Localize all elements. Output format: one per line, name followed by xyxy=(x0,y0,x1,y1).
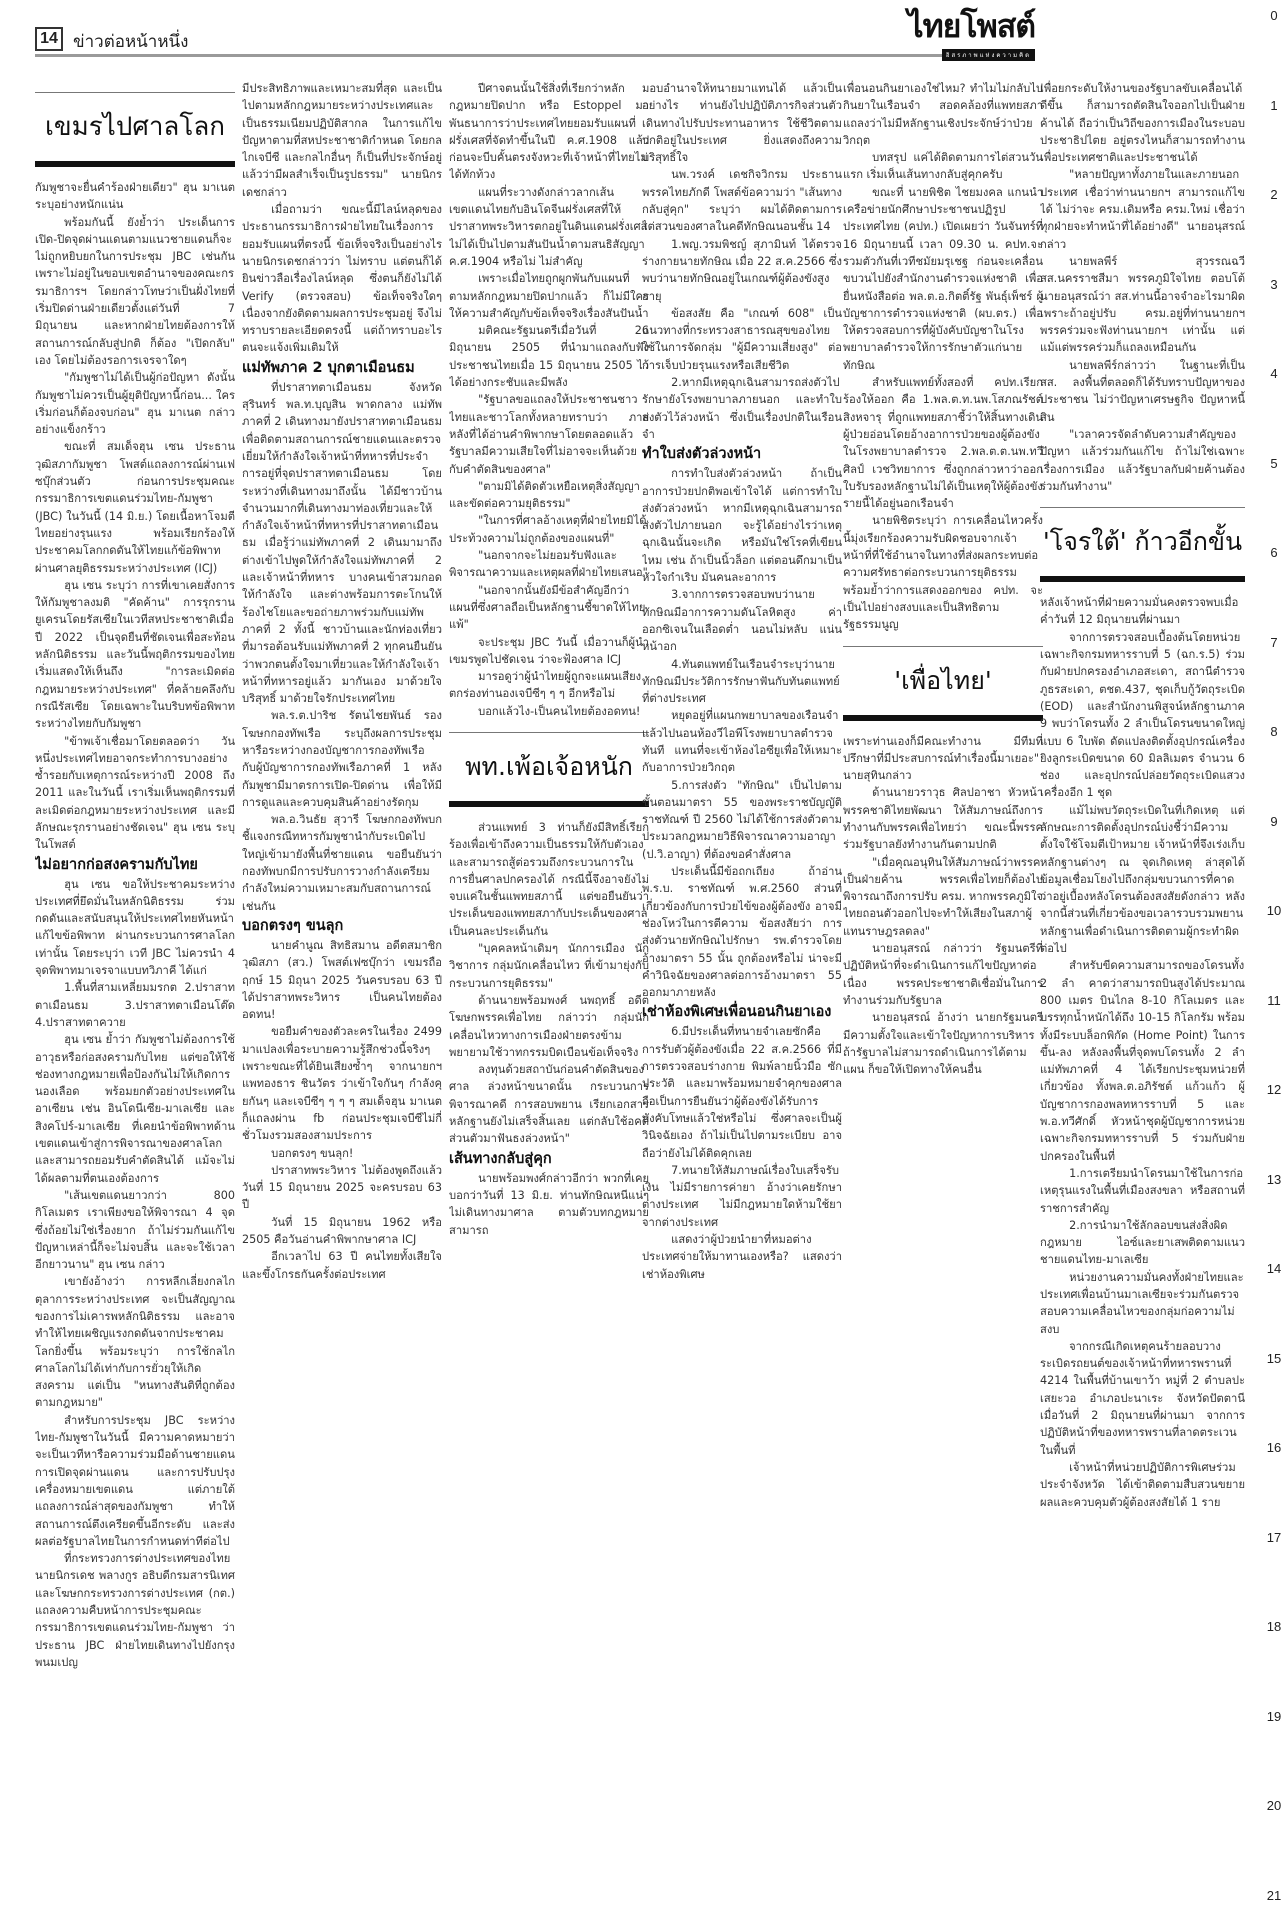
paragraph: นายอนุสรณ์ อ้างว่า นายกรัฐมนตรีมีความตั้… xyxy=(843,1009,1043,1078)
margin-number: 2 xyxy=(1262,187,1286,202)
paragraph: บอกแล้วไง-เป็นคนไทยต้องอดทน! xyxy=(449,703,649,720)
paragraph: "นอกจากจะไม่ยอมรับฟังและพิจารณาความและเห… xyxy=(449,547,649,582)
paragraph: 3.จากการตรวจสอบพบว่านายทักษิณมีอาการความ… xyxy=(642,586,842,655)
paragraph: เพื่อยกระดับให้งานของรัฐบาลขับเคลื่อนได้… xyxy=(1040,80,1245,166)
paragraph: นายพร้อมพงศ์กล่าวอีกว่า พวกที่เคยบอกว่าว… xyxy=(449,1170,649,1239)
margin-number: 10 xyxy=(1262,903,1286,918)
paragraph: ประเด็นนี้มีข้อถกเถียง ถ้าอ่าน พ.ร.บ. รา… xyxy=(642,863,842,1001)
paragraph: หลังเจ้าหน้าที่ฝ่ายความมั่นคงตรวจพบเมื่อ… xyxy=(1040,594,1245,629)
paragraph: นายพลพีร์ สุวรรณฉวี สส.นครราชสีมา พรรคภู… xyxy=(1040,253,1245,357)
margin-number: 5 xyxy=(1262,456,1286,471)
paragraph: ขณะที่ สมเด็จฮุน เซน ประธานวุฒิสภากัมพูช… xyxy=(35,438,235,576)
margin-number: 21 xyxy=(1262,1888,1286,1903)
paragraph: วันที่ 15 มิถุนายน 1962 หรือ 2505 คือวัน… xyxy=(242,1214,442,1249)
paragraph: มติคณะรัฐมนตรีเมื่อวันที่ 26 มิถุนายน 25… xyxy=(449,322,649,391)
paragraph: การทำใบส่งตัวล่วงหน้า ถ้าเป็นอาการป่วยปก… xyxy=(642,465,842,586)
subheading: บอกตรงๆ ขนลุก xyxy=(242,916,442,936)
paragraph: 1.พญ.วรมพิชญ์ สุภามินท์ ได้ตรวจร่างกายนา… xyxy=(642,236,842,305)
paragraph: "เวลาควรจัดลำดับความสำคัญของปัญหา แล้วร่… xyxy=(1040,426,1245,495)
paragraph: "หลายปัญหาทั้งภายในและภายนอกประเทศ เชื่อ… xyxy=(1040,166,1245,252)
paragraph: แม้ไม่พบวัตถุระเบิดในที่เกิดเหตุ แต่ลักษ… xyxy=(1040,802,1245,958)
paragraph: จากการตรวจสอบเบื้องต้นโดยหน่วยเฉพาะกิจกร… xyxy=(1040,629,1245,802)
subheading: แม่ทัพภาค 2 บุกตาเมือนธม xyxy=(242,358,442,378)
margin-number: 4 xyxy=(1262,366,1286,381)
paragraph: บอกตรงๆ ขนลุก! xyxy=(242,1145,442,1162)
paragraph: พล.ร.ต.ปาริช รัตนไชยพันธ์ รองโฆษกกองทัพเ… xyxy=(242,707,442,811)
column-1: เขมรไปศาลโลกกัมพูชาจะยื่นคำร้องฝ่ายเดียว… xyxy=(35,80,235,1910)
column-5: เพื่อนอนกินยาเองใช่ไหม? ทำไมไม่กลับไปกิน… xyxy=(843,80,1043,1910)
paragraph: กัมพูชาจะยื่นคำร้องฝ่ายเดียว" ฮุน มาเนต … xyxy=(35,179,235,214)
subheading: เส้นทางกลับสู่คุก xyxy=(449,1149,649,1169)
paragraph: อีกเวลาไป 63 ปี คนไทยทั้งเสียใจและขึ้งโก… xyxy=(242,1248,442,1283)
newspaper-logo: ไทยโพสต์ อิสรภาพแห่งความคิด xyxy=(900,10,1035,54)
paragraph: ส่วนแพทย์ 3 ท่านก็ยังมีสิทธิ์เรียกร้องเพ… xyxy=(449,819,649,940)
story-headline: พท.เพ้อเจ้อหนัก xyxy=(449,732,649,807)
margin-number: 13 xyxy=(1262,1172,1286,1187)
subheading: ทำใบส่งตัวล่วงหน้า xyxy=(642,444,842,464)
paragraph: แสดงว่าผู้ป่วยนำยาที่หมอต่างประเทศจ่ายให… xyxy=(642,1231,842,1283)
paragraph: นายพลพีร์กล่าวว่า ในฐานะที่เป็น สส. ลงพื… xyxy=(1040,357,1245,426)
paragraph: "ในการที่ศาลอ้างเหตุที่ฝ่ายไทยมิได้ประท้… xyxy=(449,512,649,547)
paragraph: "กัมพูชาไม่ได้เป็นผู้ก่อปัญหา ดังนั้นกัม… xyxy=(35,369,235,438)
article-columns: เขมรไปศาลโลกกัมพูชาจะยื่นคำร้องฝ่ายเดียว… xyxy=(35,80,1040,1920)
logo-text: ไทยโพสต์ xyxy=(900,10,1035,42)
margin-number: 20 xyxy=(1262,1798,1286,1813)
paragraph: ปราสาทพระวิหาร ไม่ต้องพูดถึงแล้ว วันที่ … xyxy=(242,1162,442,1214)
paragraph: มอบอำนาจให้ทนายมาแทนได้ แล้วเป็นอย่างไร … xyxy=(642,80,842,166)
paragraph: "ตามมิได้ติดตัวเหยือเหตุสิ่งสัญญาและขัดต… xyxy=(449,478,649,513)
paragraph: "นอกจากนั้นยังมีข้อสำคัญอีกว่า แผนที่ซึ่… xyxy=(449,582,649,634)
paragraph: เพื่อนอนกินยาเองใช่ไหม? ทำไมไม่กลับไปกิน… xyxy=(843,80,1043,149)
margin-number: 17 xyxy=(1262,1530,1286,1545)
paragraph: 1.การเตรียมนำโดรนมาใช้ในการก่อเหตุรุนแรง… xyxy=(1040,1165,1245,1217)
header-rule xyxy=(35,54,1035,57)
margin-number: 15 xyxy=(1262,1351,1286,1366)
paragraph: เพราะท่านเองก็มีคณะทำงาน มีทีมที่ปรึกษาท… xyxy=(843,733,1043,785)
column-4: มอบอำนาจให้ทนายมาแทนได้ แล้วเป็นอย่างไร … xyxy=(642,80,842,1910)
paragraph: ฮุน เซน ย้ำว่า กัมพูชาไม่ต้องการใช้อาวุธ… xyxy=(35,1031,235,1187)
paragraph: พล.อ.วินธัย สุวารี โฆษกกองทัพบก ชี้แจงกร… xyxy=(242,811,442,915)
paragraph: "เมื่อคุณอนุทินให้สัมภาษณ์ว่าพรรคเป็นฝ่า… xyxy=(843,854,1043,940)
paragraph: เมื่อถามว่า ขณะนี้มีไลน์หลุดของประธานกรร… xyxy=(242,201,442,357)
paragraph: "รัฐบาลขอแถลงให้ประชาชนชาวไทยและชาวโลกทั… xyxy=(449,391,649,477)
paragraph: ฮุน เซน ขอให้ประชาคมระหว่างประเทศที่ยึดม… xyxy=(35,876,235,980)
paragraph: ลงทุนด้วยสถาบันก่อนคำตัดสินของศาล ล่วงหน… xyxy=(449,1061,649,1147)
paragraph: บทสรุป แค่ได้ติดตามการไต่สวนวันแรก เริ่ม… xyxy=(843,149,1043,184)
margin-number: 3 xyxy=(1262,277,1286,292)
margin-number: 19 xyxy=(1262,1709,1286,1724)
paragraph: ด้านนายพร้อมพงศ์ นพฤทธิ์ อดีตโฆษกพรรคเพื… xyxy=(449,992,649,1061)
paragraph: 6.มีประเด็นที่ทนายจำเลยซักคือ การรับตัวผ… xyxy=(642,1023,842,1161)
page-number: 14 xyxy=(35,27,63,51)
paragraph: ขอยืมคำของตัวละครในเรื่อง 2499 มาแปลงเพื… xyxy=(242,1023,442,1144)
margin-number: 6 xyxy=(1262,545,1286,560)
paragraph: แผนที่ระวางดังกล่าวลากเส้นเขตแดนไทยกับอิ… xyxy=(449,184,649,270)
paragraph: ข้อสงสัย คือ "เกณฑ์ 608" เป็นแนวทางที่กร… xyxy=(642,305,842,374)
margin-number: 8 xyxy=(1262,724,1286,739)
column-3: ปีศาจตนนั้นใช้สิ่งที่เรียกว่าหลักกฎหมายป… xyxy=(449,80,649,1910)
subheading: เช่าห้องพิเศษเพื่อนอนกินยาเอง xyxy=(642,1002,842,1022)
paragraph: นายอนุสรณ์ กล่าวว่า รัฐมนตรีที่ปฏิบัติหน… xyxy=(843,940,1043,1009)
paragraph: ด้านนายวราวุธ ศิลปอาชา หัวหน้าพรรคชาติไท… xyxy=(843,784,1043,853)
paragraph: นายพิชิตระบุว่า การเคลื่อนไหวครั้งนี้มุ่… xyxy=(843,512,1043,633)
story-headline: 'โจรใต้' ก้าวอีกขั้น xyxy=(1040,507,1245,582)
paragraph: "บุคคลหน้าเดิมๆ นักการเมือง นักวิชาการ ก… xyxy=(449,940,649,992)
paragraph: 7.ทนายให้สัมภาษณ์เรื่องใบเสร็จรับเงิน ไม… xyxy=(642,1162,842,1231)
paragraph: 2.การนำมาใช้ลักลอบขนส่งสิ่งผิดกฎหมาย ไอซ… xyxy=(1040,1217,1245,1269)
paragraph: มารอดูว่าผู้นำไทยผู้ถูกจะแผนเสียงตกร่องท… xyxy=(449,668,649,703)
margin-number: 18 xyxy=(1262,1619,1286,1634)
paragraph: สำหรับแพทย์ทั้งสองที่ คปท.เรียกร้องให้ออ… xyxy=(843,374,1043,512)
paragraph: 4.ทันตแพทย์ในเรือนจำระบุว่านายทักษิณมีปร… xyxy=(642,656,842,708)
column-6: เพื่อยกระดับให้งานของรัฐบาลขับเคลื่อนได้… xyxy=(1040,80,1245,1910)
story-headline: เขมรไปศาลโลก xyxy=(35,92,235,167)
margin-number: 11 xyxy=(1262,993,1286,1008)
paragraph: สำหรับการประชุม JBC ระหว่างไทย-กัมพูชาใน… xyxy=(35,1412,235,1550)
paragraph: ปีศาจตนนั้นใช้สิ่งที่เรียกว่าหลักกฎหมายป… xyxy=(449,80,649,184)
story-headline: 'เพื่อไทย' xyxy=(843,646,1043,721)
section-title: ข่าวต่อหน้าหนึ่ง xyxy=(73,28,188,55)
paragraph: ที่กระทรวงการต่างประเทศของไทย นายนิกรเดช… xyxy=(35,1550,235,1671)
margin-number: 9 xyxy=(1262,814,1286,829)
paragraph: นายคำนูณ สิทธิสมาน อดีตสมาชิกวุฒิสภา (สว… xyxy=(242,937,442,1023)
paragraph: "เส้นเขตแดนยาวกว่า 800 กิโลเมตร เราเพียง… xyxy=(35,1187,235,1273)
subheading: ไม่อยากก่อสงครามกับไทย xyxy=(35,855,235,875)
margin-number: 14 xyxy=(1262,1261,1286,1276)
logo-tagline: อิสรภาพแห่งความคิด xyxy=(942,49,1035,61)
paragraph: เขายังอ้างว่า การหลีกเลี่ยงกลไกตุลาการระ… xyxy=(35,1273,235,1411)
paragraph: นพ.วรงค์ เดชกิจวิกรม ประธานพรรคไทยภักดี … xyxy=(642,166,842,235)
margin-number: 7 xyxy=(1262,635,1286,650)
paragraph: ฮุน เซน ระบุว่า การที่เขาเคยสั่งการให้กั… xyxy=(35,577,235,733)
paragraph: จะประชุม JBC วันนี้ เมื่อวานก็ผู้นำเขมรพ… xyxy=(449,634,649,669)
paragraph: 5.การส่งตัว "ทักษิณ" เป็นไปตามขั้นตอนมาต… xyxy=(642,777,842,863)
paragraph: พร้อมกันนี้ ยังย้ำว่า ประเด็นการเปิด-ปิด… xyxy=(35,214,235,370)
paragraph: เจ้าหน้าที่หน่วยปฏิบัติการพิเศษร่วมประจำ… xyxy=(1040,1459,1245,1511)
margin-number: 0 xyxy=(1262,8,1286,23)
paragraph: สำหรับขีดความสามารถของโดรนทั้ง 2 ลำ คาดว… xyxy=(1040,957,1245,1165)
paragraph: ที่ปราสาทตาเมือนธม จังหวัดสุรินทร์ พล.ท.… xyxy=(242,379,442,708)
paragraph: หยุดอยู่ที่แผนกพยาบาลของเรือนจำ แล้วไปนอ… xyxy=(642,707,842,776)
paragraph: หน่วยงานความมั่นคงทั้งฝ่ายไทยและประเทศเพ… xyxy=(1040,1269,1245,1338)
column-2: มีประสิทธิภาพและเหมาะสมที่สุด และเป็นไปต… xyxy=(242,80,442,1910)
margin-number: 1 xyxy=(1262,98,1286,113)
masthead: 14 ข่าวต่อหน้าหนึ่ง ไทยโพสต์ อิสรภาพแห่ง… xyxy=(35,20,1035,60)
margin-ruler: 0123456789101112131415161718192021 xyxy=(1262,0,1286,1920)
paragraph: 2.หากมีเหตุฉุกเฉินสามารถส่งตัวไปรักษายัง… xyxy=(642,374,842,443)
paragraph: เพราะเมื่อไทยถูกผูกพันกับแผนที่ตามหลักกฎ… xyxy=(449,270,649,322)
margin-number: 16 xyxy=(1262,1440,1286,1455)
paragraph: 1.พื้นที่สามเหลี่ยมมรกต 2.ปราสาทตาเมือนธ… xyxy=(35,979,235,1031)
paragraph: มีประสิทธิภาพและเหมาะสมที่สุด และเป็นไปต… xyxy=(242,80,442,201)
paragraph: จากกรณีเกิดเหตุคนร้ายลอบวางระเบิดรถยนต์ข… xyxy=(1040,1338,1245,1459)
paragraph: ขณะที่ นายพิชิต ไชยมงคล แกนนำเครือข่ายนั… xyxy=(843,184,1043,374)
margin-number: 12 xyxy=(1262,1082,1286,1097)
paragraph: "ข้าพเจ้าเชื่อมาโดยตลอดว่า วันหนึ่งประเท… xyxy=(35,733,235,854)
